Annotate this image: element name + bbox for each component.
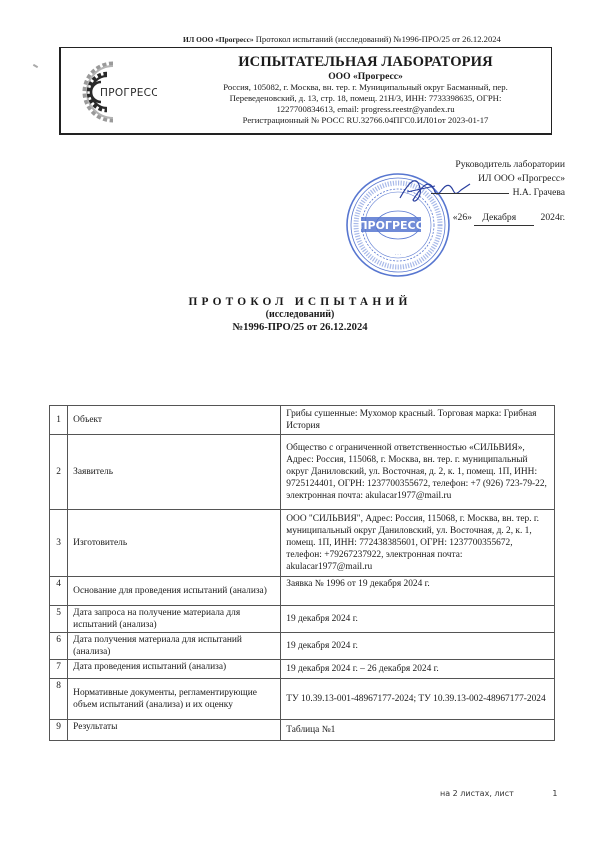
signature-line (431, 193, 509, 194)
row-number: 2 (50, 435, 68, 510)
table-row: 5 Дата запроса на получение материала дл… (50, 606, 555, 633)
approval-position: Руководитель лаборатории (405, 158, 565, 172)
approval-org: ИЛ ООО «Прогресс» (405, 172, 565, 186)
row-label: Дата получения материала для испытаний (… (68, 633, 281, 660)
row-label: Объект (68, 406, 281, 435)
row-value: Заявка № 1996 от 19 декабря 2024 г. (281, 577, 555, 606)
approval-name: Н.А. Грачева (513, 187, 565, 198)
row-value: 19 декабря 2024 г. (281, 606, 555, 633)
lab-title: ИСПЫТАТЕЛЬНАЯ ЛАБОРАТОРИЯ (193, 54, 538, 70)
protocol-title: ПРОТОКОЛ ИСПЫТАНИЙ (исследований) №1996-… (150, 295, 450, 335)
row-label: Заявитель (68, 435, 281, 510)
svg-text:ПРОГРЕСС: ПРОГРЕСС (100, 87, 157, 99)
lab-address-2: Переведеновский, д. 13, стр. 18, помещ. … (193, 93, 538, 104)
table-row: 1 Объект Грибы сушенные: Мухомор красный… (50, 406, 555, 435)
table-row: 7 Дата проведения испытаний (анализа) 19… (50, 660, 555, 679)
row-value: Таблица №1 (281, 720, 555, 741)
row-number: 1 (50, 406, 68, 435)
protocol-info-table: 1 Объект Грибы сушенные: Мухомор красный… (49, 405, 555, 741)
row-label: Изготовитель (68, 510, 281, 577)
lab-header: ПРОГРЕСС ИСПЫТАТЕЛЬНАЯ ЛАБОРАТОРИЯ ООО «… (59, 47, 552, 135)
table-row: 4 Основание для проведения испытаний (ан… (50, 577, 555, 606)
row-number: 3 (50, 510, 68, 577)
row-value: Общество с ограниченной ответственностью… (281, 435, 555, 510)
running-header-text: Протокол испытаний (исследований) №1996-… (256, 34, 501, 44)
row-value: ООО "СИЛЬВИЯ", Адрес: Россия, 115068, г.… (281, 510, 555, 577)
running-header-org: ИЛ ООО «Прогресс» (183, 35, 254, 44)
footer-page-number: 1 (552, 789, 557, 798)
row-label: Основание для проведения испытаний (анал… (68, 577, 281, 606)
approval-day: «26» (453, 212, 472, 223)
running-header: ИЛ ООО «Прогресс» Протокол испытаний (ис… (183, 34, 501, 44)
row-number: 5 (50, 606, 68, 633)
lab-address-1: Россия, 105082, г. Москва, вн. тер. г. М… (193, 82, 538, 93)
row-value: 19 декабря 2024 г. (281, 633, 555, 660)
row-value: 19 декабря 2024 г. – 26 декабря 2024 г. (281, 660, 555, 679)
title-number: №1996-ПРО/25 от 26.12.2024 (150, 321, 450, 335)
row-number: 9 (50, 720, 68, 741)
row-number: 6 (50, 633, 68, 660)
lab-org: ООО «Прогресс» (193, 71, 538, 82)
table-row: 8 Нормативные документы, регламентирующи… (50, 679, 555, 720)
approval-block: Руководитель лаборатории ИЛ ООО «Прогрес… (405, 158, 565, 226)
row-value: ТУ 10.39.13-001-48967177-2024; ТУ 10.39.… (281, 679, 555, 720)
row-label: Дата проведения испытаний (анализа) (68, 660, 281, 679)
title-main: ПРОТОКОЛ ИСПЫТАНИЙ (150, 295, 450, 309)
approval-date: «26» Декабря 2024г. (405, 211, 565, 226)
approval-year: 2024г. (541, 212, 565, 223)
table-row: 2 Заявитель Общество с ограниченной отве… (50, 435, 555, 510)
footer-sheets: на 2 листах, лист (440, 789, 514, 798)
row-number: 4 (50, 577, 68, 606)
row-value: Грибы сушенные: Мухомор красный. Торгова… (281, 406, 555, 435)
row-number: 8 (50, 679, 68, 720)
page-footer: на 2 листах, лист 1 (440, 789, 557, 798)
row-label: Результаты (68, 720, 281, 741)
scan-artifact (33, 64, 38, 68)
approval-month: Декабря (474, 211, 534, 226)
table-row: 9 Результаты Таблица №1 (50, 720, 555, 741)
svg-text:· · ·: · · · (395, 252, 401, 257)
row-label: Дата запроса на получение материала для … (68, 606, 281, 633)
lab-info: ИСПЫТАТЕЛЬНАЯ ЛАБОРАТОРИЯ ООО «Прогресс»… (193, 54, 538, 126)
lab-address-3: 1227700834613, email: progress.reestr@ya… (193, 104, 538, 115)
approval-signature-line: Н.А. Грачева (405, 186, 565, 200)
table-row: 3 Изготовитель ООО "СИЛЬВИЯ", Адрес: Рос… (50, 510, 555, 577)
row-number: 7 (50, 660, 68, 679)
row-label: Нормативные документы, регламентирующие … (68, 679, 281, 720)
progress-logo-icon: ПРОГРЕСС (67, 56, 157, 126)
table-row: 6 Дата получения материала для испытаний… (50, 633, 555, 660)
lab-registration: Регистрационный № РОСС RU.32766.04ПГС0.И… (193, 115, 538, 126)
title-sub: (исследований) (150, 309, 450, 321)
